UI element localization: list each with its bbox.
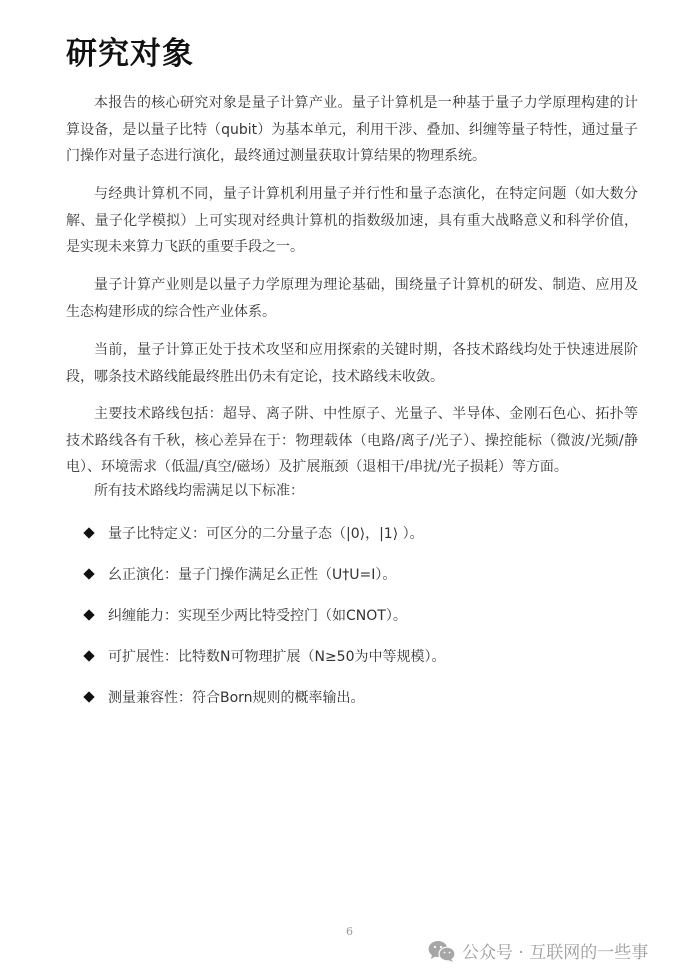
list-item-text: 测量兼容性：符合Born规则的概率输出。 — [108, 687, 365, 707]
diamond-bullet-icon — [84, 692, 94, 702]
list-item: 量子比特定义：可区分的二分量子态（|0⟩，|1⟩ ）。 — [84, 512, 446, 553]
list-item: 幺正演化：量子门操作满足幺正性（U†U=I）。 — [84, 553, 446, 594]
watermark-text: 公众号 · 互联网的一些事 — [462, 938, 648, 963]
paragraph-5: 主要技术路线包括：超导、离子阱、中性原子、光量子、半导体、金刚石色心、拓扑等技术… — [66, 401, 638, 481]
list-item: 纠缠能力：实现至少两比特受控门（如CNOT）。 — [84, 594, 446, 635]
paragraph-2: 与经典计算机不同，量子计算机利用量子并行性和量子态演化，在特定问题（如大数分解、… — [66, 181, 638, 261]
list-item-text: 量子比特定义：可区分的二分量子态（|0⟩，|1⟩ ）。 — [108, 523, 424, 543]
watermark: 公众号 · 互联网的一些事 — [428, 938, 648, 963]
paragraph-6: 所有技术路线均需满足以下标准： — [66, 478, 638, 505]
list-item-text: 纠缠能力：实现至少两比特受控门（如CNOT）。 — [108, 605, 407, 625]
diamond-bullet-icon — [84, 610, 94, 620]
page-title: 研究对象 — [66, 28, 194, 73]
diamond-bullet-icon — [84, 569, 94, 579]
list-item: 测量兼容性：符合Born规则的概率输出。 — [84, 676, 446, 717]
list-item-text: 幺正演化：量子门操作满足幺正性（U†U=I）。 — [108, 564, 396, 584]
list-item: 可扩展性：比特数N可物理扩展（N≥50为中等规模）。 — [84, 635, 446, 676]
diamond-bullet-icon — [84, 651, 94, 661]
list-item-text: 可扩展性：比特数N可物理扩展（N≥50为中等规模）。 — [108, 646, 446, 666]
paragraph-4: 当前，量子计算正处于技术攻坚和应用探索的关键时期，各技术路线均处于快速进展阶段，… — [66, 337, 638, 390]
page-number: 6 — [346, 925, 353, 938]
paragraph-3: 量子计算产业则是以量子力学原理为理论基础，围绕量子计算机的研发、制造、应用及生态… — [66, 272, 638, 325]
paragraph-1: 本报告的核心研究对象是量子计算产业。量子计算机是一种基于量子力学原理构建的计算设… — [66, 90, 638, 170]
wechat-icon — [428, 940, 456, 962]
diamond-bullet-icon — [84, 528, 94, 538]
criteria-list: 量子比特定义：可区分的二分量子态（|0⟩，|1⟩ ）。 幺正演化：量子门操作满足… — [84, 512, 446, 717]
